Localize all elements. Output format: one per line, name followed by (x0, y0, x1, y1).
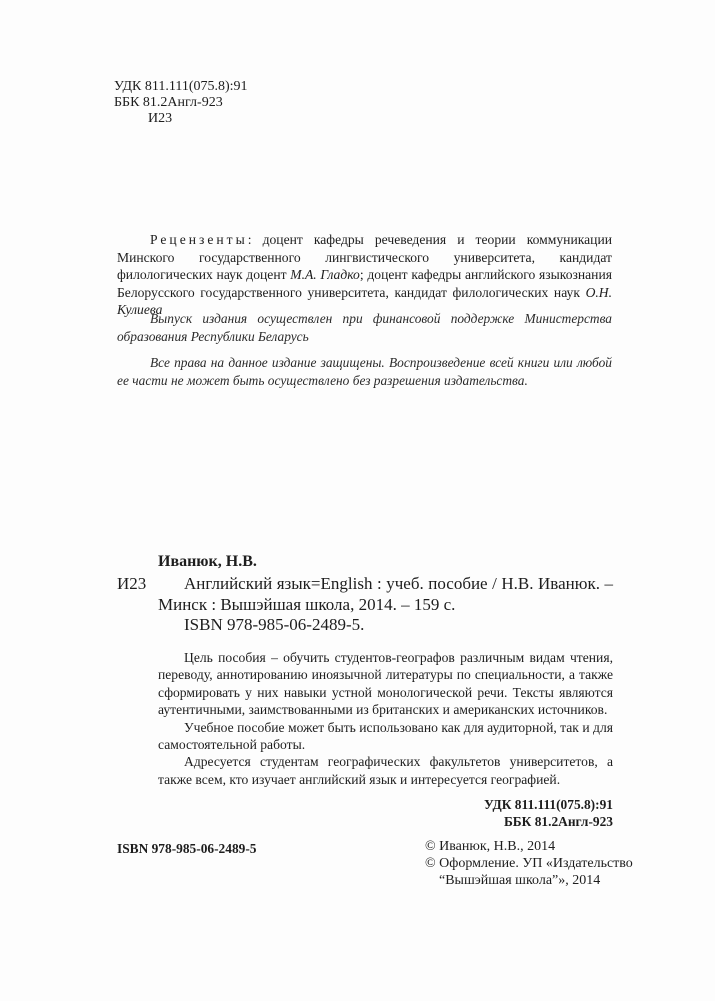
isbn: ISBN 978-985-06-2489-5 (117, 841, 256, 857)
catalog-imprint-line: Минск : Вышэйшая школа, 2014. – 159 с. (158, 595, 613, 616)
copyright-author: © Иванюк, Н.В., 2014 (425, 838, 633, 855)
catalog-title-line: Английский язык=English : учеб. пособие … (158, 574, 613, 595)
bbk-code: ББК 81.2Англ-923 (114, 95, 248, 111)
reviewer-name-1: М.А. Гладко (290, 267, 360, 282)
reviewers-label: Рецензенты (150, 232, 248, 247)
abstract-paragraph: Цель пособия – обучить студентов-географ… (158, 649, 613, 719)
catalog-author: Иванюк, Н.В. (158, 553, 257, 571)
copyright-block: © Иванюк, Н.В., 2014 © Оформление. УП «И… (425, 838, 633, 889)
catalog-bibliographic-entry: Английский язык=English : учеб. пособие … (158, 574, 613, 636)
abstract-paragraph: Адресуется студентам географических факу… (158, 753, 613, 788)
reviewers-paragraph: Рецензенты: доцент кафедры речеведения и… (117, 231, 612, 319)
author-index: И23 (114, 111, 248, 127)
funding-note: Выпуск издания осуществлен при финансово… (117, 310, 612, 345)
udk-code-bottom: УДК 811.111(075.8):91 (484, 796, 613, 813)
abstract: Цель пособия – обучить студентов-географ… (158, 649, 613, 788)
copyright-publisher: “Вышэйшая школа”», 2014 (425, 872, 633, 889)
catalog-isbn-line: ISBN 978-985-06-2489-5. (158, 615, 613, 636)
classification-codes-top: УДК 811.111(075.8):91 ББК 81.2Англ-923 И… (114, 79, 248, 127)
abstract-paragraph: Учебное пособие может быть использовано … (158, 719, 613, 754)
classification-codes-bottom: УДК 811.111(075.8):91 ББК 81.2Англ-923 (484, 796, 613, 830)
bbk-code-bottom: ББК 81.2Англ-923 (484, 813, 613, 830)
rights-note: Все права на данное издание защищены. Во… (117, 354, 612, 389)
udk-code: УДК 811.111(075.8):91 (114, 79, 248, 95)
catalog-index: И23 (117, 574, 146, 594)
copyright-design: © Оформление. УП «Издательство (425, 855, 633, 872)
